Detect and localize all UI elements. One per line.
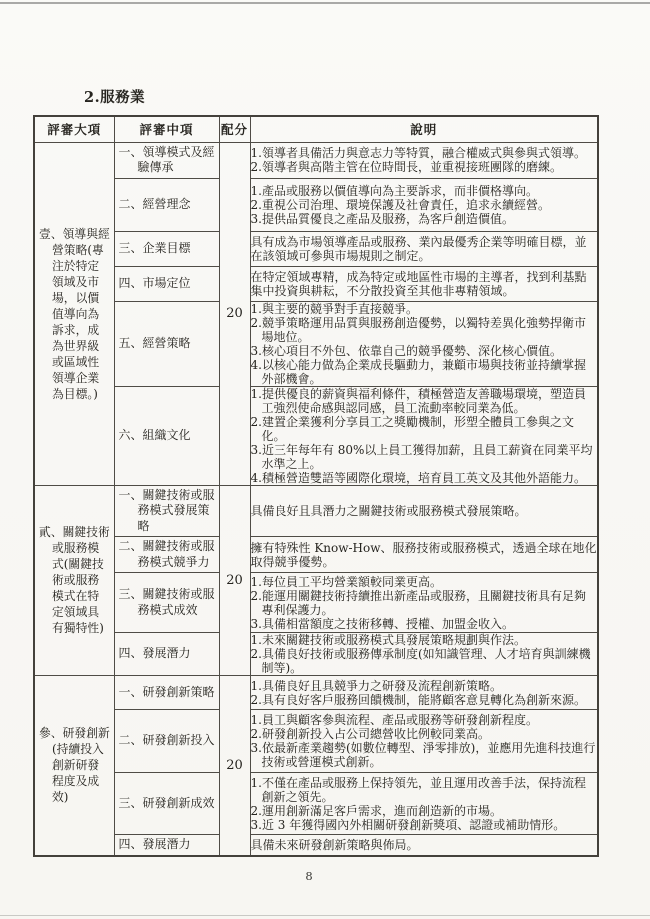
description-line: 4.以核心能力做為企業成長驅動力，兼顧市場與技術並持續掌握外部機會。: [251, 358, 598, 386]
description-line: 2.建置企業獲利分享員工之獎勵機制，形塑全體員工參與之文化。: [251, 415, 598, 443]
description-cell: 1.具備良好且具競爭力之研發及流程創新策略。2.具有良好客戶服務回饋機制，能將顧…: [250, 676, 598, 710]
scan-edge-artifact-bottom: [0, 915, 650, 916]
description-line: 1.員工與顧客參與流程、產品或服務等研發創新程度。: [251, 713, 598, 727]
table-row: 二、關鍵技術或服務模式競爭力擁有特殊性 Know-How、服務技術或服務模式，透…: [34, 537, 598, 573]
header-cell-category: 評審大項: [34, 116, 114, 142]
description-line: 1.具備良好且具競爭力之研發及流程創新策略。: [251, 679, 598, 693]
table-row: 四、發展潛力具備未來研發創新策略與佈局。: [34, 835, 598, 856]
description-cell: 在特定領域專精，成為特定或地區性市場的主導者，找到利基點集中投資與耕耘，不分散投…: [250, 266, 598, 301]
description-line: 3.具備相當額度之技術移轉、授權、加盟金收入。: [251, 617, 598, 631]
item-label: 四、發展潛力: [115, 835, 219, 855]
scan-edge-artifact-top: [0, 2, 650, 4]
category-label: 貳、關鍵技術或服務模式(關鍵技術或服務模式在特定領域具有獨特性): [35, 522, 114, 638]
description-cell: 1.不僅在產品或服務上保持領先，並且運用改善手法，保持流程創新之領先。2.運用創…: [250, 773, 598, 835]
category-label: 參、研發創新(持續投入創新研發程度及成效): [35, 723, 114, 807]
item-cell: 二、研發創新投入: [114, 710, 219, 773]
table-row: 三、研發創新成效1.不僅在產品或服務上保持領先，並且運用改善手法，保持流程創新之…: [34, 773, 598, 835]
description-line: 2.競爭策略運用品質與服務創造優勢，以獨特差異化強勢捍衛市場地位。: [251, 316, 598, 344]
description-line: 2.領導者與高階主管在位時間長，並重視接班團隊的磨練。: [251, 160, 598, 174]
item-cell: 五、經營策略: [114, 301, 219, 386]
description-line: 4.積極營造雙語等國際化環境，培育員工英文及其他外語能力。: [251, 471, 598, 485]
item-cell: 一、研發創新策略: [114, 676, 219, 710]
document-page: 2.服務業 評審大項 評審中項 配分 說明 壹、領導與經營策略(專注於特定領域及…: [0, 0, 650, 919]
item-cell: 二、經營理念: [114, 178, 219, 231]
description-cell: 具有成為市場領導產品或服務、業內最優秀企業等明確目標，並在該領域可參與市場規則之…: [250, 231, 598, 266]
table-row: 貳、關鍵技術或服務模式(關鍵技術或服務模式在特定領域具有獨特性)一、關鍵技術或服…: [34, 485, 598, 537]
item-cell: 六、組織文化: [114, 386, 219, 485]
description-cell: 1.產品或服務以價值導向為主要訴求，而非價格導向。2.重視公司治理、環境保護及社…: [250, 178, 598, 231]
item-cell: 三、關鍵技術或服務模式成效: [114, 573, 219, 633]
item-cell: 四、發展潛力: [114, 633, 219, 676]
category-cell: 貳、關鍵技術或服務模式(關鍵技術或服務模式在特定領域具有獨特性): [34, 485, 114, 676]
description-line: 2.具有良好客戶服務回饋機制，能將顧客意見轉化為創新來源。: [251, 693, 598, 707]
description-line: 具備未來研發創新策略與佈局。: [251, 838, 598, 852]
description-line: 擁有特殊性 Know-How、服務技術或服務模式，透過全球在地化取得競爭優勢。: [251, 541, 598, 569]
item-label: 二、關鍵技術或服務模式競爭力: [115, 537, 219, 572]
item-label: 六、組織文化: [115, 426, 219, 446]
description-line: 2.能運用關鍵技術持續推出新產品或服務，且關鍵技術具有足夠專利保護力。: [251, 589, 598, 617]
item-label: 三、研發創新成效: [115, 794, 219, 814]
description-line: 1.每位員工平均營業額較同業更高。: [251, 575, 598, 589]
description-line: 具有成為市場領導產品或服務、業內最優秀企業等明確目標，並在該領域可參與市場規則之…: [251, 235, 598, 263]
table-row: 三、企業目標具有成為市場領導產品或服務、業內最優秀企業等明確目標，並在該領域可參…: [34, 231, 598, 266]
description-cell: 擁有特殊性 Know-How、服務技術或服務模式，透過全球在地化取得競爭優勢。: [250, 537, 598, 573]
table-row: 四、發展潛力1.未來關鍵技術或服務模式具發展策略規劃與作法。2.具備良好技術或服…: [34, 633, 598, 676]
item-label: 四、發展潛力: [115, 644, 219, 664]
description-line: 1.產品或服務以價值導向為主要訴求，而非價格導向。: [251, 184, 598, 198]
table-row: 五、經營策略1.與主要的競爭對手直接競爭。2.競爭策略運用品質與服務創造優勢，以…: [34, 301, 598, 386]
description-cell: 1.員工與顧客參與流程、產品或服務等研發創新程度。2.研發創新投入占公司總營收比…: [250, 710, 598, 773]
description-cell: 1.提供優良的薪資與福利條件，積極營造友善職場環境，塑造員工強烈使命感與認同感，…: [250, 386, 598, 485]
section-title: 2.服務業: [84, 86, 145, 107]
score-cell: 20: [219, 485, 250, 676]
item-cell: 三、研發創新成效: [114, 773, 219, 835]
header-cell-description: 說明: [250, 116, 598, 142]
item-cell: 四、市場定位: [114, 266, 219, 301]
table-row: 三、關鍵技術或服務模式成效1.每位員工平均營業額較同業更高。2.能運用關鍵技術持…: [34, 573, 598, 633]
item-cell: 四、發展潛力: [114, 835, 219, 856]
category-label: 壹、領導與經營策略(專注於特定領域及市場，以價值導向為訴求，成為世界級或區域性領…: [35, 224, 114, 404]
description-cell: 1.每位員工平均營業額較同業更高。2.能運用關鍵技術持續推出新產品或服務，且關鍵…: [250, 573, 598, 633]
item-label: 一、研發創新策略: [115, 683, 219, 703]
description-line: 2.重視公司治理、環境保護及社會責任，追求永續經營。: [251, 198, 598, 212]
item-label: 二、研發創新投入: [115, 731, 219, 751]
item-label: 三、關鍵技術或服務模式成效: [115, 585, 219, 620]
item-label: 二、經營理念: [115, 195, 219, 215]
description-line: 1.未來關鍵技術或服務模式具發展策略規劃與作法。: [251, 633, 598, 647]
item-label: 三、企業目標: [115, 239, 219, 259]
description-line: 2.運用創新滿足客戶需求，進而創造新的市場。: [251, 804, 598, 818]
item-label: 五、經營策略: [115, 334, 219, 354]
score-cell: 20: [219, 142, 250, 485]
category-cell: 壹、領導與經營策略(專注於特定領域及市場，以價值導向為訴求，成為世界級或區域性領…: [34, 142, 114, 485]
score-cell: 20: [219, 676, 250, 856]
item-cell: 三、企業目標: [114, 231, 219, 266]
description-line: 1.不僅在產品或服務上保持領先，並且運用改善手法，保持流程創新之領先。: [251, 776, 598, 804]
table-row: 六、組織文化1.提供優良的薪資與福利條件，積極營造友善職場環境，塑造員工強烈使命…: [34, 386, 598, 485]
table-row: 四、市場定位在特定領域專精，成為特定或地區性市場的主導者，找到利基點集中投資與耕…: [34, 266, 598, 301]
table-row: 參、研發創新(持續投入創新研發程度及成效)一、研發創新策略201.具備良好且具競…: [34, 676, 598, 710]
item-label: 一、關鍵技術或服務模式發展策略: [115, 486, 219, 537]
header-cell-item: 評審中項: [114, 116, 219, 142]
description-cell: 具備良好且具潛力之關鍵技術或服務模式發展策略。: [250, 485, 598, 537]
header-cell-score: 配分: [219, 116, 250, 142]
table-header-row: 評審大項 評審中項 配分 說明: [34, 116, 598, 142]
description-cell: 1.領導者具備活力與意志力等特質，融合權威式與參與式領導。2.領導者與高階主管在…: [250, 142, 598, 178]
table-row: 壹、領導與經營策略(專注於特定領域及市場，以價值導向為訴求，成為世界級或區域性領…: [34, 142, 598, 178]
page-number: 8: [301, 869, 317, 883]
description-line: 2.研發創新投入占公司總營收比例較同業高。: [251, 727, 598, 741]
table-row: 二、經營理念1.產品或服務以價值導向為主要訴求，而非價格導向。2.重視公司治理、…: [34, 178, 598, 231]
description-cell: 1.與主要的競爭對手直接競爭。2.競爭策略運用品質與服務創造優勢，以獨特差異化強…: [250, 301, 598, 386]
item-label: 四、市場定位: [115, 274, 219, 294]
description-line: 3.近 3 年獲得國內外相關研發創新獎項、認證或補助情形。: [251, 818, 598, 832]
description-line: 在特定領域專精，成為特定或地區性市場的主導者，找到利基點集中投資與耕耘，不分散投…: [251, 270, 598, 298]
description-line: 3.提供品質優良之產品及服務，為客戶創造價值。: [251, 212, 598, 226]
item-label: 一、領導模式及經驗傳承: [115, 143, 219, 178]
description-line: 3.近三年每年有 80%以上員工獲得加薪，且員工薪資在同業平均水準之上。: [251, 443, 598, 471]
item-cell: 一、關鍵技術或服務模式發展策略: [114, 485, 219, 537]
description-line: 1.提供優良的薪資與福利條件，積極營造友善職場環境，塑造員工強烈使命感與認同感，…: [251, 387, 598, 415]
description-line: 2.具備良好技術或服務傳承制度(如知識管理、人才培育與訓練機制等)。: [251, 647, 598, 675]
evaluation-table: 評審大項 評審中項 配分 說明 壹、領導與經營策略(專注於特定領域及市場，以價值…: [33, 115, 599, 857]
description-line: 3.依最新產業趨勢(如數位轉型、淨零排放)，並應用先進科技進行技術或營運模式創新…: [251, 741, 598, 769]
item-cell: 一、領導模式及經驗傳承: [114, 142, 219, 178]
description-line: 具備良好且具潛力之關鍵技術或服務模式發展策略。: [251, 504, 598, 518]
description-cell: 1.未來關鍵技術或服務模式具發展策略規劃與作法。2.具備良好技術或服務傳承制度(…: [250, 633, 598, 676]
description-line: 1.領導者具備活力與意志力等特質，融合權威式與參與式領導。: [251, 146, 598, 160]
table-row: 二、研發創新投入1.員工與顧客參與流程、產品或服務等研發創新程度。2.研發創新投…: [34, 710, 598, 773]
description-cell: 具備未來研發創新策略與佈局。: [250, 835, 598, 856]
description-line: 1.與主要的競爭對手直接競爭。: [251, 302, 598, 316]
item-cell: 二、關鍵技術或服務模式競爭力: [114, 537, 219, 573]
category-cell: 參、研發創新(持續投入創新研發程度及成效): [34, 676, 114, 856]
description-line: 3.核心項目不外包、依靠自己的競爭優勢、深化核心價值。: [251, 344, 598, 358]
